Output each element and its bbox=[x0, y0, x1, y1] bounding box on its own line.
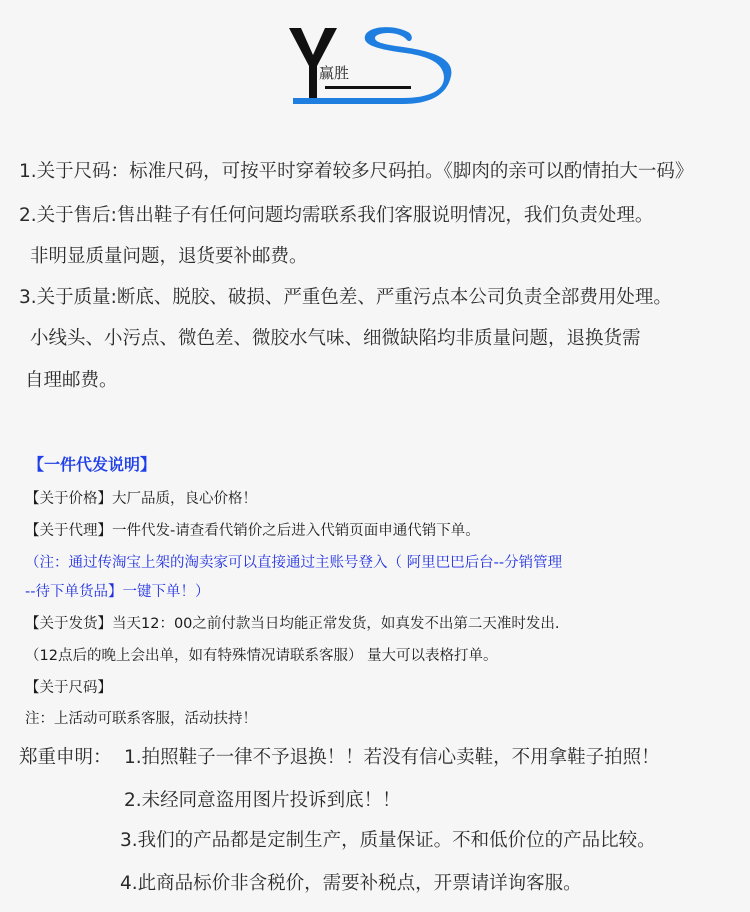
logo-graphic-icon bbox=[283, 10, 453, 110]
dropship-agent: 【关于代理】一件代发-请查看代销价之后进入代销页面申通代销下单。 bbox=[25, 519, 480, 540]
note-quality: 3.关于质量:断底、脱胶、破损、严重色差、严重污点本公司负责全部费用处理。 bbox=[19, 283, 672, 309]
dropship-shipping-cont: （12点后的晚上会出单，如有特殊情况请联系客服） 量大可以表格打单。 bbox=[25, 644, 498, 665]
brand-logo: 赢胜 bbox=[283, 10, 453, 110]
note-size: 1.关于尺码：标准尺码，可按平时穿着较多尺码拍。《脚肉的亲可以酌情拍大一码》 bbox=[19, 157, 693, 183]
dropship-size-note: 注：上活动可联系客服，活动扶持！ bbox=[25, 707, 257, 728]
dropship-note-cont: --待下单货品】一键下单！） bbox=[25, 580, 209, 601]
brand-text: 赢胜 bbox=[319, 62, 349, 83]
dropship-title: 【一件代发说明】 bbox=[28, 452, 156, 475]
statement-item: 1.拍照鞋子一律不予退换！！若没有信心卖鞋，不用拿鞋子拍照！ bbox=[124, 743, 660, 769]
note-quality-cont-2: 自理邮费。 bbox=[25, 366, 118, 392]
note-quality-cont: 小线头、小污点、微色差、微胶水气味、细微缺陷均非质量问题，退换货需 bbox=[30, 324, 641, 350]
statement-label: 郑重申明： bbox=[19, 743, 112, 769]
dropship-price: 【关于价格】大厂品质，良心价格！ bbox=[25, 487, 257, 508]
note-after-sales: 2.关于售后:售出鞋子有任何问题均需联系我们客服说明情况，我们负责处理。 bbox=[19, 201, 653, 227]
statement-item: 4.此商品标价非含税价，需要补税点，开票请详询客服。 bbox=[120, 869, 582, 895]
dropship-shipping: 【关于发货】当天12：00之前付款当日均能正常发货，如真发不出第二天准时发出. bbox=[25, 612, 560, 633]
statement-item: 3.我们的产品都是定制生产，质量保证。不和低价位的产品比较。 bbox=[120, 826, 656, 852]
note-after-sales-cont: 非明显质量问题，退货要补邮费。 bbox=[30, 242, 308, 268]
dropship-size-title: 【关于尺码】 bbox=[25, 676, 112, 697]
statement-item: 2.未经同意盗用图片投诉到底！！ bbox=[124, 786, 401, 812]
dropship-note: （注：通过传淘宝上架的淘卖家可以直接通过主账号登入（ 阿里巴巴后台--分销管理 bbox=[25, 551, 562, 572]
